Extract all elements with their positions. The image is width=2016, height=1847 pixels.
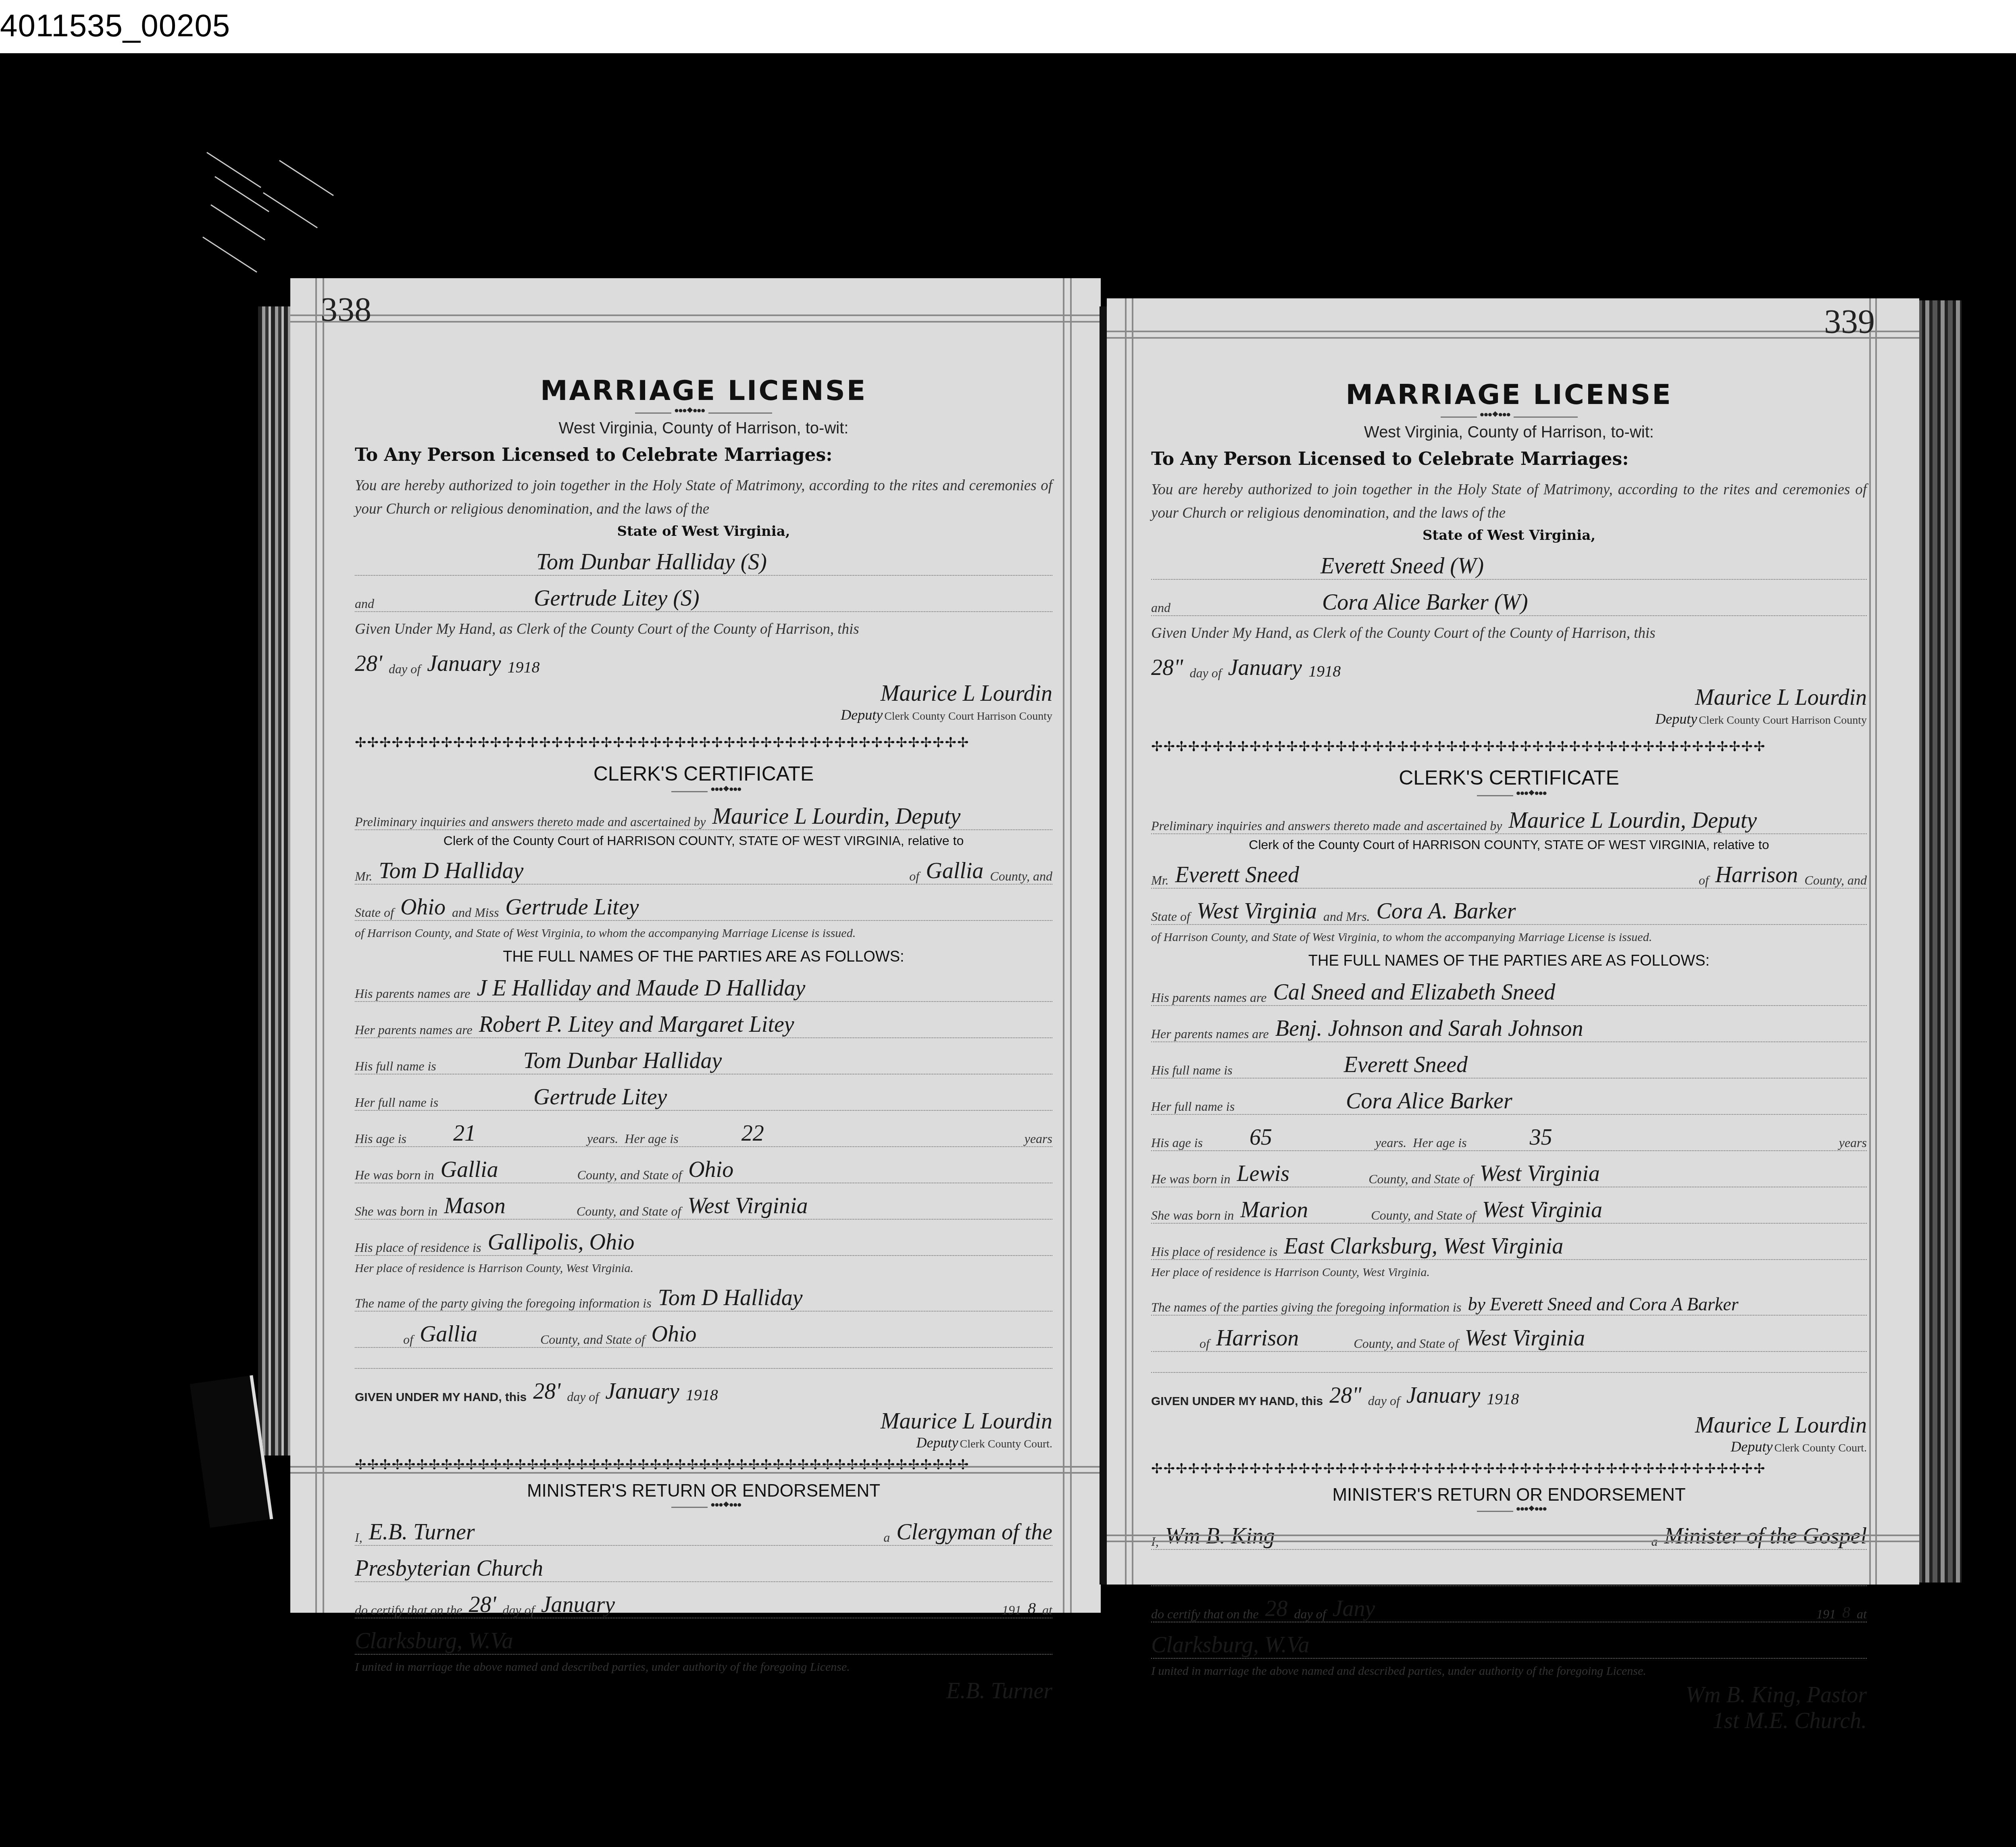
church-line: Presbyterian Church xyxy=(355,1550,1052,1582)
left-license-form: MARRIAGE LICENSE West Virginia, County o… xyxy=(355,375,1052,1704)
minister-signature: Wm B. King, Pastor xyxy=(1151,1682,1867,1708)
his-full-name-line: His full name is Tom Dunbar Halliday xyxy=(355,1042,1052,1074)
ceremony-date-line: do certify that on the 28' day of Januar… xyxy=(355,1586,1052,1618)
mr-line: Mr. Tom D Halliday of Gallia County, and xyxy=(355,852,1052,885)
state-line: State of West Virginia, xyxy=(355,523,1052,539)
prelim-line: Preliminary inquiries and answers theret… xyxy=(355,798,1052,830)
bride-line: and Cora Alice Barker (W) xyxy=(1151,584,1867,616)
groom-line: Everett Sneed (W) xyxy=(1151,548,1867,580)
clerk-signature-block: Maurice L Lourdin Deputy Clerk County Co… xyxy=(355,681,1052,723)
informant-line: The name of the party giving the foregoi… xyxy=(355,1279,1052,1312)
informant-place-line: of Gallia County, and State of Ohio xyxy=(355,1316,1052,1348)
image-id-label: 4011535_00205 xyxy=(0,7,230,44)
clerk-signature: Maurice L Lourdin xyxy=(355,681,1052,706)
authorization-text: You are hereby authorized to join togeth… xyxy=(355,474,1052,521)
his-parents-line: His parents names are J E Halliday and M… xyxy=(355,970,1052,1002)
groom-name: Tom Dunbar Halliday (S) xyxy=(536,549,767,575)
her-full-name-line: Her full name is Gertrude Litey xyxy=(355,1079,1052,1111)
license-date-line: 28' day of January 1918 xyxy=(355,645,1052,677)
left-page: 338 MARRIAGE LICENSE West Virginia, Coun… xyxy=(290,278,1101,1613)
cert-given-line: GIVEN UNDER MY HAND, this 28' day of Jan… xyxy=(355,1373,1052,1404)
he-born-line: He was born in Gallia County, and State … xyxy=(355,1151,1052,1183)
state-miss-line: State of Ohio and Miss Gertrude Litey xyxy=(355,889,1052,921)
his-residence-line: His place of residence is Gallipolis, Oh… xyxy=(355,1224,1052,1256)
she-born-line: She was born in Mason County, and State … xyxy=(355,1187,1052,1220)
page-number: 339 xyxy=(1824,302,1875,341)
page-number: 338 xyxy=(321,290,371,329)
minister-return-title: MINISTER'S RETURN OR ENDORSEMENT xyxy=(355,1481,1052,1501)
license-title: MARRIAGE LICENSE xyxy=(355,375,1052,407)
ceremony-place-line: Clarksburg, W.Va xyxy=(355,1622,1052,1655)
groom-line: Tom Dunbar Halliday (S) xyxy=(355,543,1052,576)
right-page-edges xyxy=(1917,300,1962,1583)
bride-line: and Gertrude Litey (S) xyxy=(355,580,1052,612)
image-header: 4011535_00205 xyxy=(0,0,2016,53)
book-spine xyxy=(1100,306,1107,1585)
ornament-divider: ✢✢✢✢✢✢✢✢✢✢✢✢✢✢✢✢✢✢✢✢✢✢✢✢✢✢✢✢✢✢✢✢✢✢✢✢✢✢✢✢… xyxy=(355,735,1052,751)
left-page-edges xyxy=(258,306,294,1456)
flourish-divider xyxy=(635,412,772,414)
her-parents-line: Her parents names are Robert P. Litey an… xyxy=(355,1006,1052,1038)
clerk-certificate-title: CLERK'S CERTIFICATE xyxy=(355,762,1052,785)
bride-name: Gertrude Litey (S) xyxy=(534,585,700,611)
license-salutation: To Any Person Licensed to Celebrate Marr… xyxy=(355,445,1052,465)
license-location: West Virginia, County of Harrison, to-wi… xyxy=(355,419,1052,437)
given-text: Given Under My Hand, as Clerk of the Cou… xyxy=(355,618,1052,641)
ages-line: His age is 21 years. Her age is 22 years xyxy=(355,1115,1052,1147)
minister-signature: E.B. Turner xyxy=(946,1678,1052,1703)
cert-signature-block: Maurice L Lourdin Deputy Clerk County Co… xyxy=(355,1408,1052,1451)
right-license-form: MARRIAGE LICENSE West Virginia, County o… xyxy=(1151,379,1867,1734)
right-page: 339 MARRIAGE LICENSE West Virginia, Coun… xyxy=(1107,298,1919,1585)
minister-line: I, E.B. Turner a Clergyman of the xyxy=(355,1514,1052,1546)
